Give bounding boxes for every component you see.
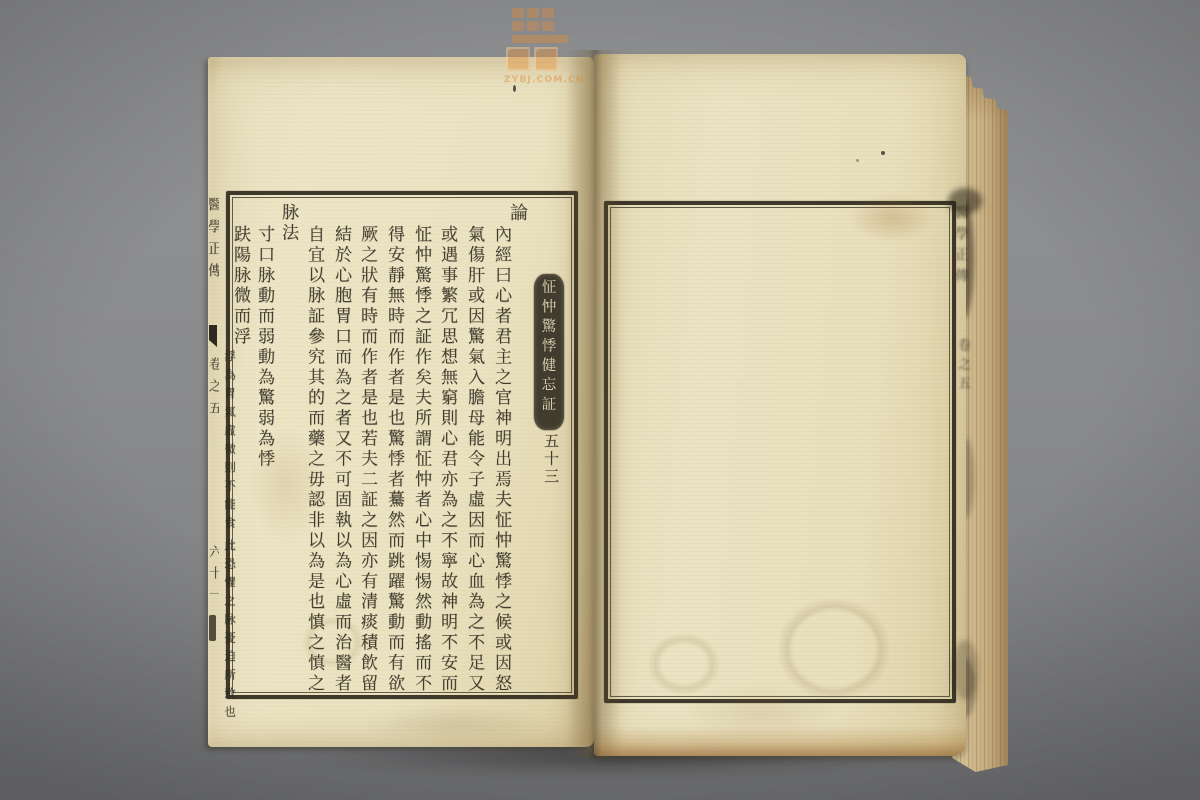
ink-fleck (856, 159, 859, 162)
bleed-volume-label: 卷之五 (953, 338, 972, 395)
banxin-page-number-half: 六十一 (209, 545, 219, 621)
banxin-page-number-text: 六十一 (209, 545, 219, 608)
watermark-logo-bar (512, 35, 568, 43)
fox-stain (358, 705, 548, 743)
watermark: ZYBJ.COM.CN (502, 8, 606, 98)
watermark-logo-blocks (512, 8, 606, 31)
section-number: 五十三 (537, 433, 564, 486)
ink-smear (952, 640, 978, 700)
maifa-section-header: 脉法 (274, 203, 301, 244)
fishtail-mark (209, 325, 218, 347)
right-page (594, 54, 966, 756)
text-column: 自宜以脉証參究其的而藥之毋認非以為是也慎之慎之 (300, 225, 327, 694)
text-column: 厥之狀有時而作者是也若夫二証之因亦有清痰積飲留 (353, 225, 380, 694)
book-photograph: 醫學正傳 卷之五 醫學正傳 卷之五 六十一 怔忡驚悸健忘証 五十三 論 內經曰心… (0, 0, 1200, 800)
annotation-left-column: 此恐懼之脉憂迫所致也 (222, 539, 237, 724)
banxin-book-title-text: 醫學正傳 (209, 197, 219, 285)
watermark-logo (506, 47, 606, 71)
text-column: 怔忡驚悸之証作矣夫所謂怔忡者心中惕惕然動搖而不 (407, 225, 434, 694)
section-label-title: 怔忡驚悸健忘証 (536, 274, 563, 430)
text-column: 氣傷肝或因驚氣入膽母能令子虛因而心血為之不足又 (460, 225, 487, 694)
text-column: 趺陽脉微而浮 (226, 225, 253, 347)
text-column: 或遇事繁冗思想無窮則心君亦為之不寧故神明不安而 (433, 225, 460, 694)
banxin-ink-blob (209, 615, 216, 641)
bleed-book-title: 醫學正傳 (951, 205, 971, 289)
banxin-volume-text: 卷之五 (209, 357, 219, 423)
left-page: 醫學正傳 卷之五 六十一 怔忡驚悸健忘証 五十三 論 內經曰心者君主之官神明出焉… (208, 57, 594, 747)
ink-fleck (881, 151, 885, 155)
lun-section-header: 論 (504, 203, 531, 224)
section-label: 怔忡驚悸健忘証 (534, 274, 564, 430)
text-column: 結於心胞胃口而為之者又不可固執以為心虛而治醫者 (327, 225, 354, 694)
small-annotation: 浮為胃氣虛微則不能食 此恐懼之脉憂迫所致也 (222, 350, 256, 560)
banxin-volume-half: 卷之五 (209, 357, 219, 441)
annotation-right-column: 浮為胃氣虛微則不能食 (222, 350, 237, 535)
watermark-url-text: ZYBJ.COM.CN (504, 75, 606, 85)
text-column: 內經曰心者君主之官神明出焉夫怔忡驚悸之候或因怒 (487, 225, 514, 694)
right-page-printed-frame (604, 201, 956, 703)
banxin-book-title-half: 醫學正傳 (209, 197, 219, 297)
text-column: 得安靜無時而作者是也驚悸者驀然而跳躍驚動而有欲 (380, 225, 407, 694)
